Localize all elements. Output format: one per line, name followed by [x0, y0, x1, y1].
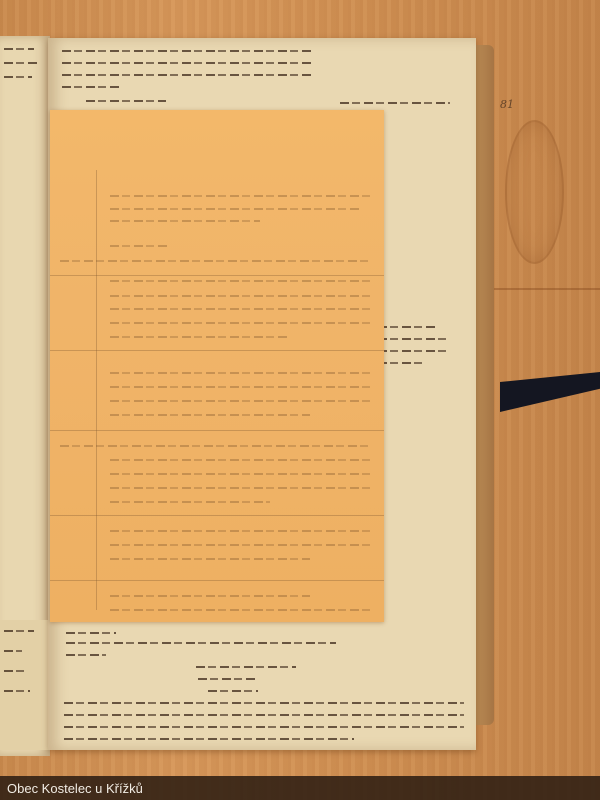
page-number: 81 [500, 98, 514, 111]
left-book-page-lower [0, 620, 50, 750]
caption-bar: Obec Kostelec u Křížků [0, 776, 600, 800]
overlay-sheet [50, 110, 384, 622]
caption-text: Obec Kostelec u Křížků [0, 781, 143, 796]
plank-seam [480, 288, 600, 290]
wood-knot [505, 120, 564, 264]
